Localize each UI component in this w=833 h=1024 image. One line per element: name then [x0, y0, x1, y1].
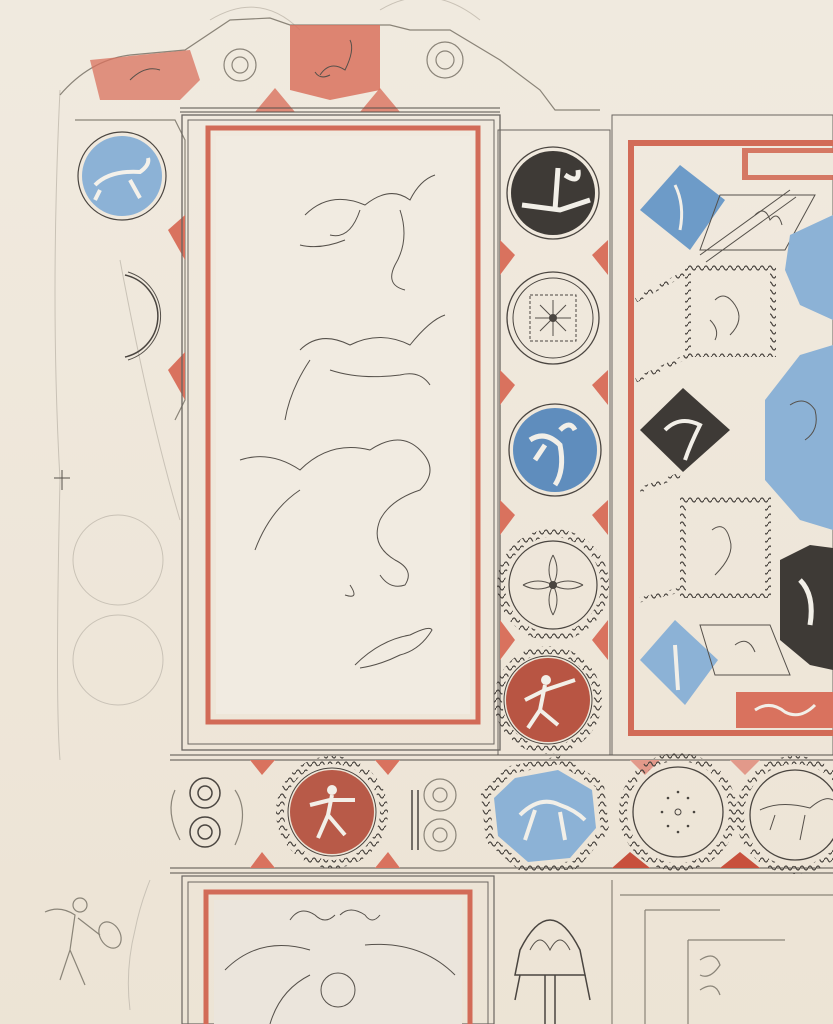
medallion-bottom-1-red: [280, 760, 384, 864]
medallion-right-3-blue: [509, 404, 601, 496]
medallion-bottom-2-blue-octagon: [485, 760, 605, 870]
ceiling-sketch: [0, 0, 833, 1024]
medallion-right-1-dark: [507, 147, 599, 239]
central-panel: [182, 115, 500, 750]
medallion-left-top: [78, 132, 166, 220]
medallion-right-5-red: [498, 650, 598, 750]
